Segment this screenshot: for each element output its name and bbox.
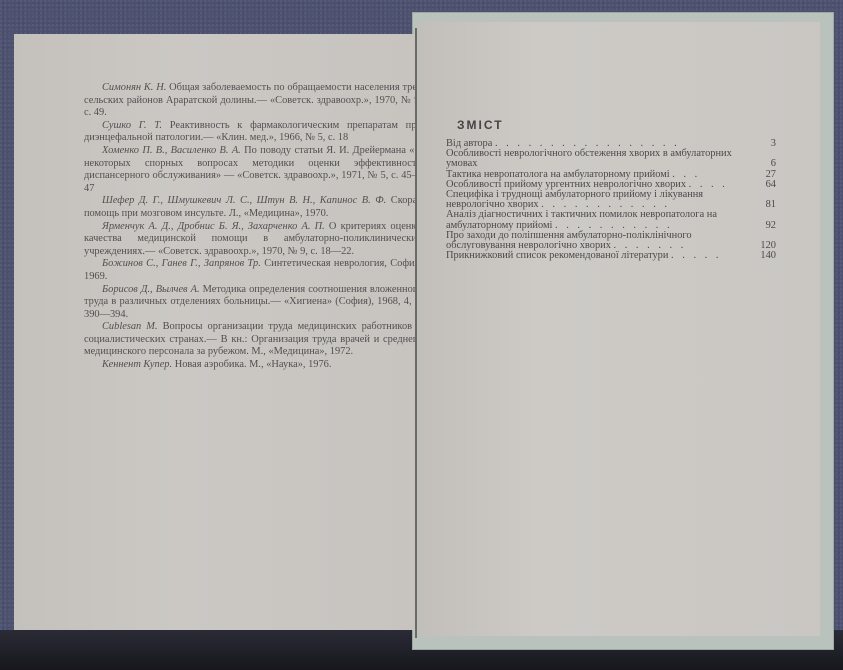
reference-item: Шефер Д. Г., Шмушкевич Л. С., Штун В. Н.… [84, 195, 422, 220]
toc-entry-title: Прикнижковий список рекомендованої літер… [446, 250, 668, 261]
reference-item: Божинов С., Ганев Г., Запрянов Тр. Синте… [84, 258, 422, 283]
reference-authors: Сушко Г. Т. [102, 120, 162, 131]
right-page: ЗМІСТ Від автора . . . . . . . . . . . .… [418, 22, 820, 636]
toc-entry: Прикнижковий список рекомендованої літер… [446, 251, 776, 261]
toc-leader-dots: . . . . . [671, 250, 721, 261]
toc-title: ЗМІСТ [457, 118, 504, 132]
reference-authors: Симонян К. Н. [102, 82, 166, 93]
reference-list: Симонян К. Н. Общая заболеваемость по об… [84, 82, 422, 372]
reference-item: Симонян К. Н. Общая заболеваемость по об… [84, 82, 422, 120]
reference-text: Новая аэробика. М., «Наука», 1976. [175, 359, 332, 370]
reference-authors: Борисов Д., Вылчев А. [102, 284, 200, 295]
reference-item: Хоменко П. В., Василенко В. А. По поводу… [84, 145, 422, 195]
toc-page-number: 92 [766, 221, 776, 231]
reference-authors: Шефер Д. Г., Шмушкевич Л. С., Штун В. Н.… [102, 195, 386, 206]
reference-item: Кеннент Купер. Новая аэробика. М., «Наук… [84, 359, 422, 372]
reference-item: Ярменчук А. Д., Дробнис Б. Я., Захарченк… [84, 221, 422, 259]
toc-page-number: 140 [760, 251, 776, 261]
reference-authors: Ярменчук А. Д., Дробнис Б. Я., Захарченк… [102, 221, 325, 232]
toc-page-number: 64 [766, 180, 776, 190]
toc-page-number: 3 [771, 139, 776, 149]
reference-authors: Божинов С., Ганев Г., Запрянов Тр. [102, 258, 261, 269]
toc-entry: Специфіка і труднощі амбулаторного прийо… [446, 190, 776, 210]
toc-page-number: 81 [766, 200, 776, 210]
toc-entry: Аналіз діагностичних і тактичних помилок… [446, 210, 776, 230]
toc-entry-title: Особливості неврологічного обстеження хв… [446, 148, 732, 169]
toc-entry: Особливості неврологічного обстеження хв… [446, 149, 776, 169]
toc-entry: Про заходи до поліпшення амбулаторно-пол… [446, 231, 776, 251]
reference-authors: Кеннент Купер. [102, 359, 172, 370]
reference-item: Cublesan M. Вопросы организации труда ме… [84, 321, 422, 359]
left-page: Симонян К. Н. Общая заболеваемость по об… [14, 34, 416, 630]
reference-authors: Cublesan M. [102, 321, 158, 332]
reference-item: Борисов Д., Вылчев А. Методика определен… [84, 284, 422, 322]
reference-item: Сушко Г. Т. Реактивность к фармакологиче… [84, 120, 422, 145]
reference-authors: Хоменко П. В., Василенко В. А. [102, 145, 241, 156]
book-gutter [415, 28, 417, 638]
table-of-contents: Від автора . . . . . . . . . . . . . . .… [446, 139, 776, 261]
